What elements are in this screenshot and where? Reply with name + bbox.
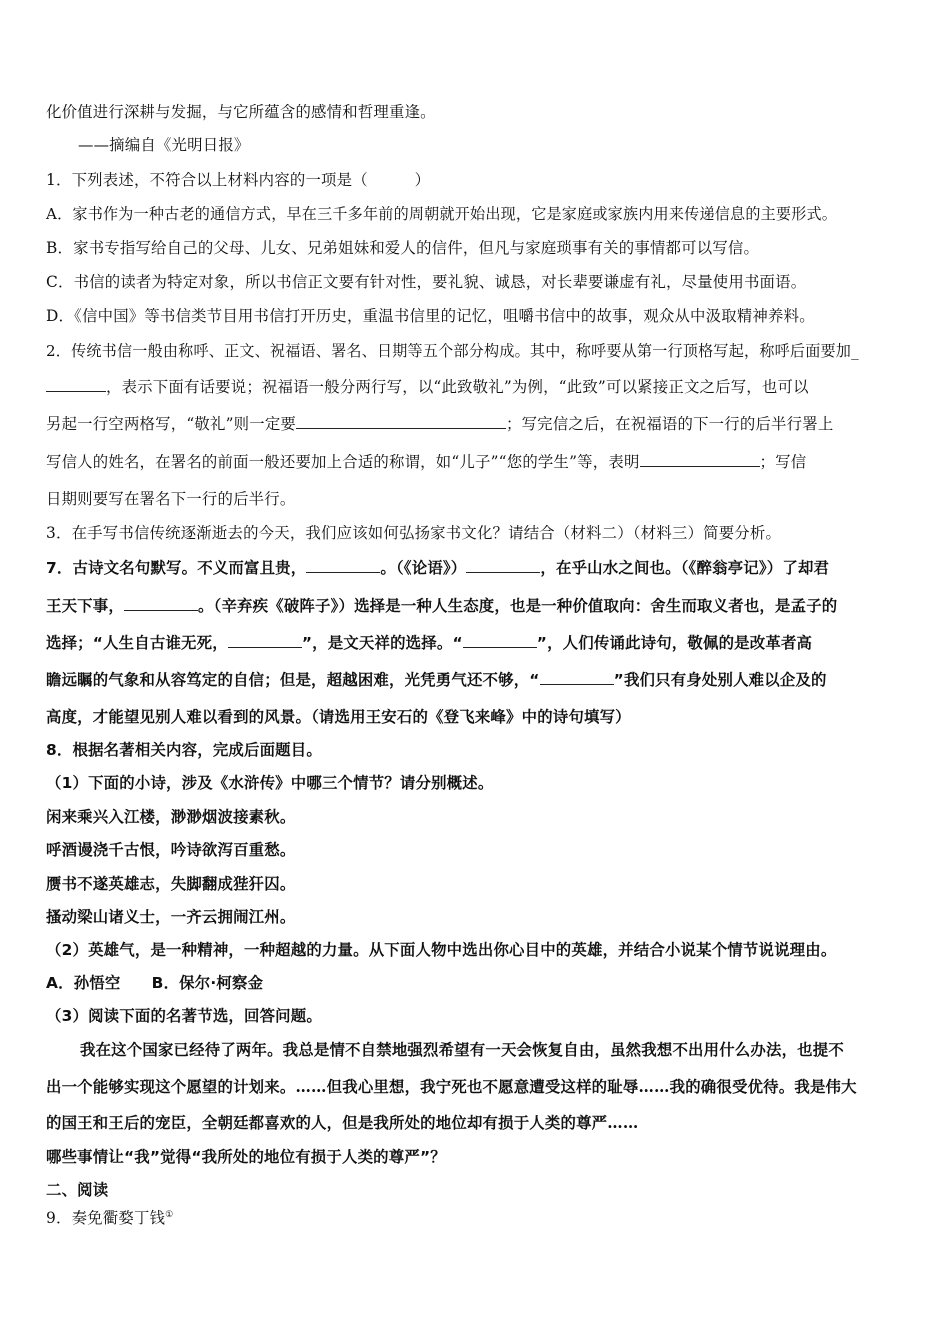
- q7-line-2: 王天下事，。（辛弃疾《破阵子》）选择是一种人生态度，也是一种价值取向：舍生而取义…: [46, 596, 837, 616]
- q7-blank-1[interactable]: [306, 558, 380, 573]
- q7-blank-2[interactable]: [466, 558, 540, 573]
- q1-option-d: D．《信中国》等书信类节目用书信打开历史，重温书信里的记忆，咀嚼书信中的故事，观…: [46, 306, 815, 326]
- excerpt-line-1: 我在这个国家已经待了两年。我总是情不自禁地强烈希望有一天会恢复自由，虽然我想不出…: [46, 1040, 844, 1060]
- q2-line-3: 另起一行空两格写，“敬礼”则一定要；写完信之后，在祝福语的下一行的后半行署上: [46, 414, 833, 434]
- poem-line-2: 呼酒谩浇千古恨，吟诗欲泻百重愁。: [46, 840, 295, 860]
- q2-line-2: ，表示下面有话要说；祝福语一般分两行写，以“此致敬礼”为例，“此致”可以紧接正文…: [46, 377, 809, 397]
- q7-blank-6[interactable]: [540, 670, 614, 685]
- q8-question: 哪些事情让“我”觉得“我所处的地位有损于人类的尊严”？: [46, 1147, 446, 1167]
- excerpt-line-2: 出一个能够实现这个愿望的计划来。……但我心里想，我宁死也不愿意遭受这样的耻辱………: [46, 1077, 857, 1097]
- footnote-marker: ①: [165, 1210, 173, 1220]
- poem-line-4: 搔动梁山诸义士，一齐云拥闹江州。: [46, 907, 295, 927]
- poem-line-1: 闲来乘兴入江楼，渺渺烟波接素秋。: [46, 807, 295, 827]
- q3-text: 3．在手写书信传统逐渐逝去的今天，我们应该如何弘扬家书文化？请结合（材料二）（材…: [46, 523, 781, 543]
- q1-option-a: A．家书作为一种古老的通信方式，早在三千多年前的周朝就开始出现，它是家庭或家族内…: [46, 204, 837, 224]
- q7-line-4: 瞻远瞩的气象和从容笃定的自信；但是，超越困难，光凭勇气还不够，“”我们只有身处别…: [46, 670, 827, 690]
- q2-line-5: 日期则要写在署名下一行的后半行。: [46, 489, 295, 509]
- material-source: ——摘编自《光明日报》: [78, 135, 250, 155]
- q8-sub3: （3）阅读下面的名著节选，回答问题。: [46, 1006, 322, 1026]
- q8-stem: 8．根据名著相关内容，完成后面题目。: [46, 740, 322, 760]
- q7-line-3: 选择；“人生自古谁无死，”，是文天祥的选择。“”，人们传诵此诗句，敬佩的是改革者…: [46, 633, 812, 653]
- q1-option-c: C．书信的读者为特定对象，所以书信正文要有针对性，要礼貌、诚恳，对长辈要谦虚有礼…: [46, 272, 806, 292]
- q7-blank-4[interactable]: [228, 633, 302, 648]
- section-2-title: 二、阅读: [46, 1180, 108, 1200]
- q2-blank-2[interactable]: [296, 414, 506, 429]
- q7-blank-3[interactable]: [124, 596, 198, 611]
- q7-line-1: 7．古诗文名句默写。不义而富且贵，。（《论语》），在乎山水之间也。（《醉翁亭记》…: [46, 558, 829, 578]
- excerpt-line-3: 的国王和王后的宠臣，全朝廷都喜欢的人，但是我所处的地位却有损于人类的尊严……: [46, 1113, 638, 1133]
- q9-title: 9．奏免衢婺丁钱①: [46, 1205, 173, 1228]
- q8-sub1: （1）下面的小诗，涉及《水浒传》中哪三个情节？请分别概述。: [46, 773, 493, 793]
- q8-choices: A．孙悟空 B．保尔·柯察金: [46, 973, 263, 993]
- material-tail-line: 化价值进行深耕与发掘，与它所蕴含的感情和哲理重逢。: [46, 102, 436, 122]
- q2-line-4: 写信人的姓名，在署名的前面一般还要加上合适的称谓，如“儿子”“您的学生”等，表明…: [46, 452, 806, 472]
- q1-stem: 1．下列表述，不符合以上材料内容的一项是（ ）: [46, 170, 430, 190]
- q8-sub2: （2）英雄气，是一种精神，一种超越的力量。从下面人物中选出你心目中的英雄，并结合…: [46, 940, 836, 960]
- q7-blank-5[interactable]: [463, 633, 537, 648]
- q2-blank-3[interactable]: [640, 452, 760, 467]
- q2-line-1: 2．传统书信一般由称呼、正文、祝福语、署名、日期等五个部分构成。其中，称呼要从第…: [46, 341, 859, 361]
- q2-blank-1[interactable]: [46, 377, 106, 392]
- q1-option-b: B．家书专指写给自己的父母、儿女、兄弟姐妹和爱人的信件，但凡与家庭琐事有关的事情…: [46, 238, 759, 258]
- poem-line-3: 赝书不遂英雄志，失脚翻成狴犴囚。: [46, 874, 295, 894]
- q7-line-5: 高度，才能望见别人难以看到的风景。（请选用王安石的《登飞来峰》中的诗句填写）: [46, 707, 631, 727]
